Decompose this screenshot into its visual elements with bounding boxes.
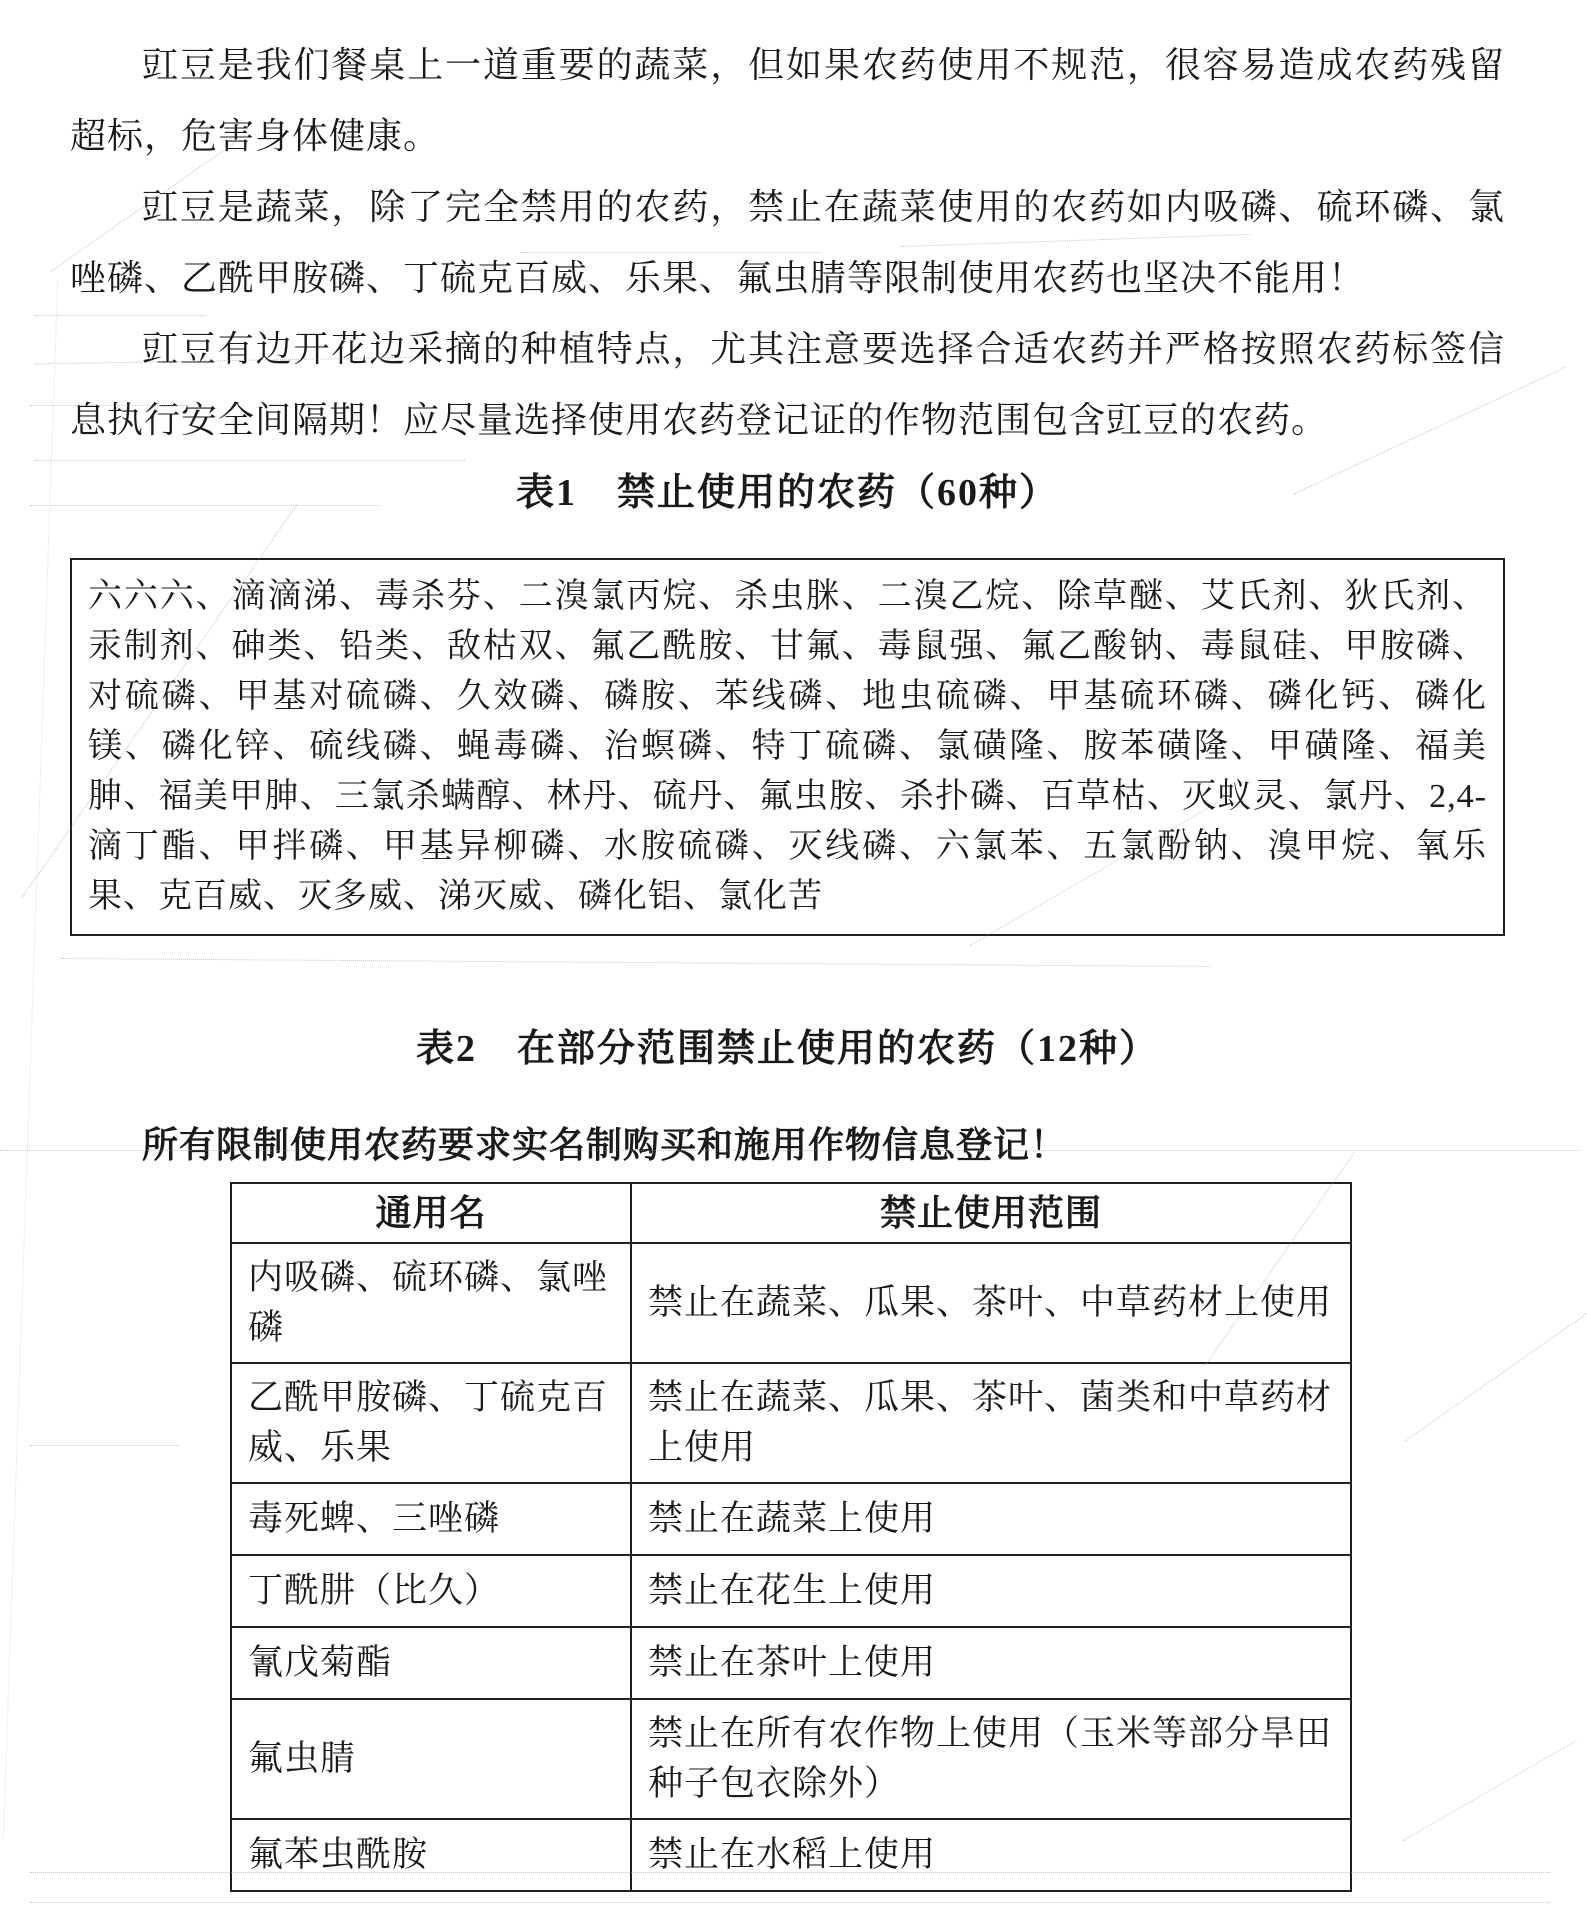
- scan-artifact-line: [30, 1445, 180, 1446]
- scan-artifact-line: [1403, 1740, 1577, 1841]
- scan-artifact-line: [1405, 1280, 1587, 1441]
- table-row: 丁酰肼（比久） 禁止在花生上使用: [231, 1555, 1351, 1627]
- pesticide-name-cell: 氰戊菊酯: [231, 1627, 631, 1699]
- table-row: 氟虫腈 禁止在所有农作物上使用（玉米等部分旱田种子包衣除外）: [231, 1699, 1351, 1819]
- table-row: 氰戊菊酯 禁止在茶叶上使用: [231, 1627, 1351, 1699]
- pesticide-name-cell: 毒死蜱、三唑磷: [231, 1483, 631, 1555]
- table-row: 毒死蜱、三唑磷 禁止在蔬菜上使用: [231, 1483, 1351, 1555]
- prohibited-scope-cell: 禁止在蔬菜、瓜果、茶叶、中草药材上使用: [631, 1243, 1351, 1363]
- intro-paragraph-1: 豇豆是我们餐桌上一道重要的蔬菜，但如果农药使用不规范，很容易造成农药残留超标，危…: [70, 30, 1505, 172]
- scan-artifact-line: [35, 460, 465, 461]
- pesticide-name-cell: 乙酰甲胺磷、丁硫克百威、乐果: [231, 1363, 631, 1483]
- pesticide-name-cell: 内吸磷、硫环磷、氯唑磷: [231, 1243, 631, 1363]
- prohibited-scope-cell: 禁止在蔬菜上使用: [631, 1483, 1351, 1555]
- prohibited-scope-cell: 禁止在蔬菜、瓜果、茶叶、菌类和中草药材上使用: [631, 1363, 1351, 1483]
- scan-artifact-line: [30, 1902, 1550, 1903]
- scan-artifact-line: [3, 280, 58, 1839]
- document-page: 豇豆是我们餐桌上一道重要的蔬菜，但如果农药使用不规范，很容易造成农药残留超标，危…: [0, 0, 1587, 1911]
- table2-title: 表2 在部分范围禁止使用的农药（12种）: [70, 1024, 1505, 1074]
- column-header-prohibited-scope: 禁止使用范围: [631, 1183, 1351, 1243]
- restricted-use-note: 所有限制使用农药要求实名制购买和施用作物信息登记！: [70, 1124, 1505, 1166]
- prohibited-scope-cell: 禁止在所有农作物上使用（玉米等部分旱田种子包衣除外）: [631, 1699, 1351, 1819]
- restricted-pesticides-table: 通用名 禁止使用范围 内吸磷、硫环磷、氯唑磷 禁止在蔬菜、瓜果、茶叶、中草药材上…: [230, 1182, 1352, 1892]
- column-header-generic-name: 通用名: [231, 1183, 631, 1243]
- intro-paragraph-2: 豇豆是蔬菜，除了完全禁用的农药，禁止在蔬菜使用的农药如内吸磷、硫环磷、氯唑磷、乙…: [70, 172, 1505, 314]
- prohibited-scope-cell: 禁止在茶叶上使用: [631, 1627, 1351, 1699]
- table-row: 氟苯虫酰胺 禁止在水稻上使用: [231, 1819, 1351, 1891]
- pesticide-name-cell: 丁酰肼（比久）: [231, 1555, 631, 1627]
- table-row: 内吸磷、硫环磷、氯唑磷 禁止在蔬菜、瓜果、茶叶、中草药材上使用: [231, 1243, 1351, 1363]
- intro-paragraph-3: 豇豆有边开花边采摘的种植特点，尤其注意要选择合适农药并严格按照农药标签信息执行安…: [70, 314, 1505, 456]
- table1-banned-pesticides-box: 六六六、滴滴涕、毒杀芬、二溴氯丙烷、杀虫脒、二溴乙烷、除草醚、艾氏剂、狄氏剂、汞…: [70, 558, 1505, 936]
- pesticide-name-cell: 氟虫腈: [231, 1699, 631, 1819]
- prohibited-scope-cell: 禁止在水稻上使用: [631, 1819, 1351, 1891]
- table-header-row: 通用名 禁止使用范围: [231, 1183, 1351, 1243]
- table-row: 乙酰甲胺磷、丁硫克百威、乐果 禁止在蔬菜、瓜果、茶叶、菌类和中草药材上使用: [231, 1363, 1351, 1483]
- scan-artifact-line: [60, 958, 1210, 967]
- table1-title: 表1 禁止使用的农药（60种）: [70, 468, 1505, 518]
- pesticide-name-cell: 氟苯虫酰胺: [231, 1819, 631, 1891]
- prohibited-scope-cell: 禁止在花生上使用: [631, 1555, 1351, 1627]
